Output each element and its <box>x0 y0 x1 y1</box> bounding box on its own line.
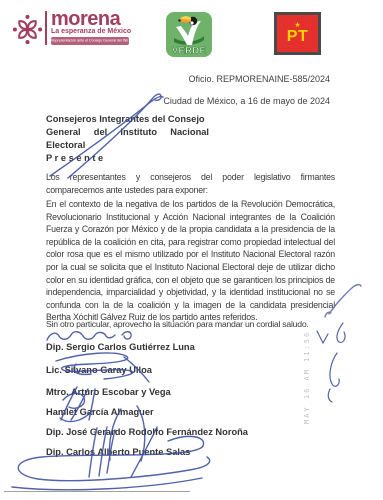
morena-logo: morena La esperanza de México Representa… <box>12 11 131 45</box>
dateline: Ciudad de México, a 16 de mayo de 2024 <box>163 96 330 106</box>
morena-wordmark: morena <box>51 11 131 27</box>
oficio-number: Oficio. REPMORENAINE-585/2024 <box>188 74 330 84</box>
pt-party-logo: ★ PT <box>274 12 321 55</box>
recipient-line: Consejeros Integrantes del Consejo <box>46 113 209 126</box>
signer-name: Dip. Sergio Carlos Gutiérrez Luna <box>46 342 195 352</box>
signer-name: Dip. José Gerardo Rodolfo Fernández Noro… <box>46 427 248 437</box>
signature-gutierrez-ink <box>47 332 131 340</box>
footer-divider <box>4 491 190 492</box>
recipient-block: Consejeros Integrantes del Consejo Gener… <box>46 113 209 165</box>
morena-emblem-icon <box>12 14 43 45</box>
signer-name: Lic. Silvano Garay Ulloa <box>46 365 152 375</box>
received-stamp-text: MAY 16 AM 11:56 <box>303 312 311 424</box>
body-paragraph-1: Los representantes y consejeros del pode… <box>46 171 335 196</box>
pt-label: PT <box>287 29 308 44</box>
verde-label: VERDE <box>172 46 206 57</box>
morena-banner-text: Representación ante el Consejo General d… <box>51 39 129 43</box>
letter-page: morena La esperanza de México Representa… <box>0 0 383 500</box>
signer-name: Dip. Carlos Alberto Puente Salas <box>46 447 190 457</box>
morena-logo-text: morena La esperanza de México Representa… <box>51 11 131 45</box>
margin-squiggle-ink <box>317 323 345 402</box>
body-paragraph-2: En el contexto de la negativa de los par… <box>46 198 335 324</box>
morena-logo-divider <box>45 11 47 45</box>
signer-name: Mtro. Arturo Escobar y Vega <box>46 387 171 397</box>
recipient-line: Electoral <box>46 139 209 152</box>
recipient-salutation: P r e s e n t e <box>46 152 209 165</box>
morena-banner: Representación ante el Consejo General d… <box>51 37 129 45</box>
signer-name: Hamlet García Almaguer <box>46 407 154 417</box>
morena-tagline: La esperanza de México <box>51 28 131 35</box>
verde-party-logo: VERDE <box>166 12 212 57</box>
closing-line: Sin otro particular, aprovecho la situac… <box>46 319 309 329</box>
recipient-line: General del Instituto Nacional <box>46 126 209 139</box>
